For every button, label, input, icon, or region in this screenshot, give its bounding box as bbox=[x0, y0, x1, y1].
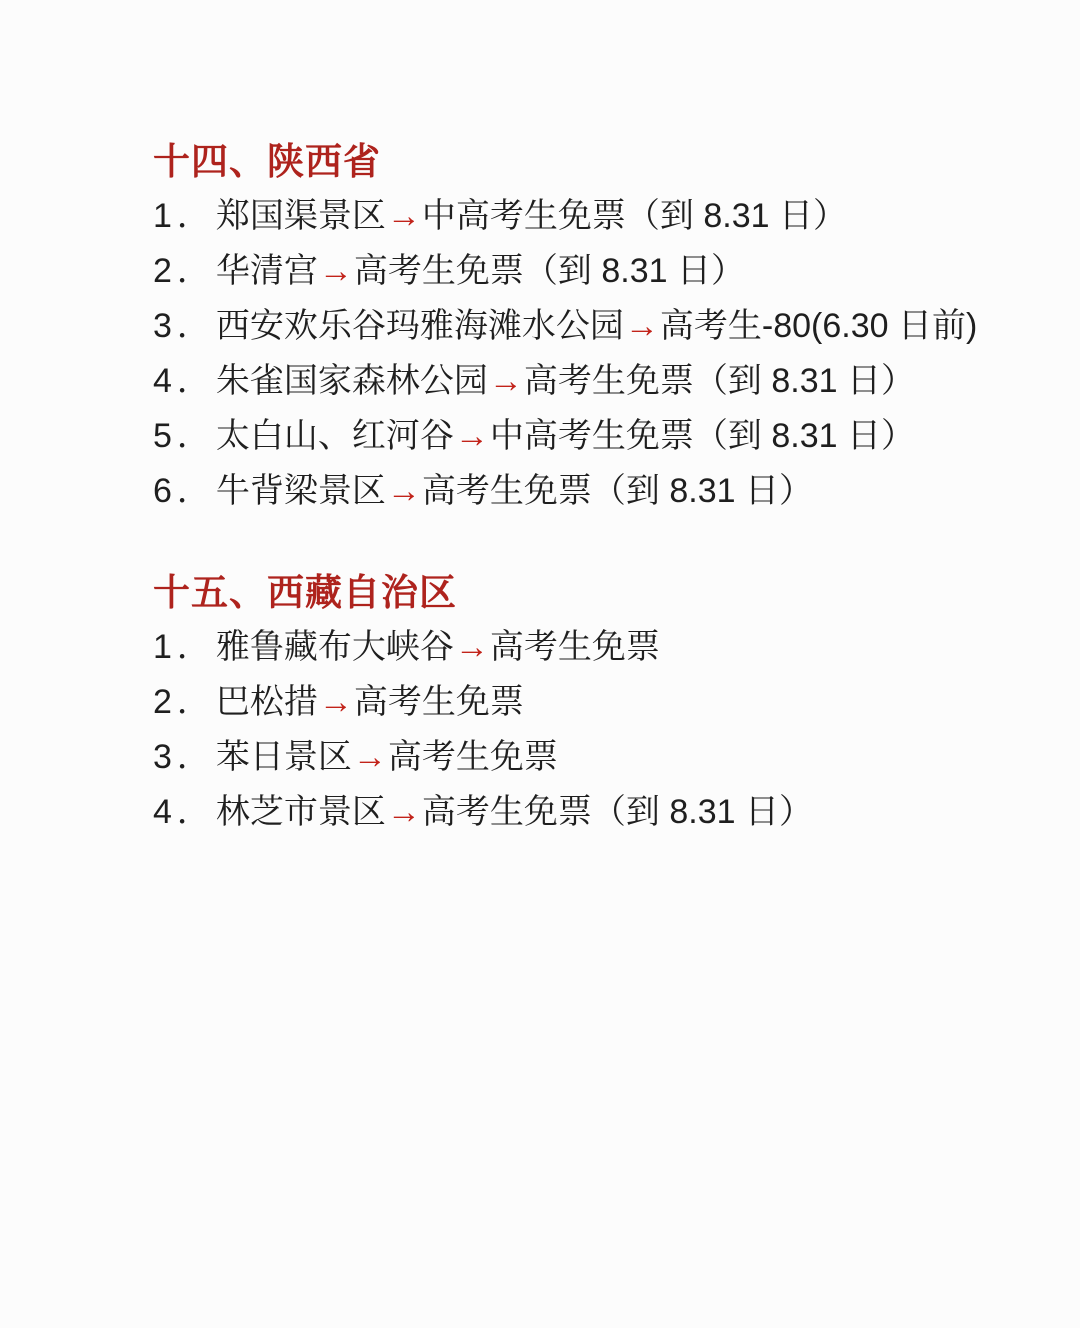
place-name: 西安欢乐谷玛雅海滩水公园 bbox=[216, 307, 624, 345]
benefit-text: 高考生免票（到 8.31 日） bbox=[354, 252, 745, 290]
place-name: 林芝市景区 bbox=[216, 793, 386, 831]
benefit-text: 高考生免票（到 8.31 日） bbox=[422, 472, 813, 510]
item-number: 3． bbox=[153, 307, 216, 345]
benefit-text: 高考生免票 bbox=[354, 683, 524, 721]
arrow-right-icon: → bbox=[386, 472, 422, 510]
arrow-right-icon: → bbox=[318, 683, 354, 721]
list-item: 6．牛背梁景区→高考生免票（到 8.31 日） bbox=[153, 464, 1050, 519]
benefit-text: 高考生-80(6.30 日前) bbox=[660, 307, 977, 345]
list-item: 1．雅鲁藏布大峡谷→高考生免票 bbox=[153, 620, 1050, 675]
benefit-text: 中高考生免票（到 8.31 日） bbox=[422, 197, 847, 235]
item-number: 1． bbox=[153, 628, 216, 666]
arrow-right-icon: → bbox=[386, 793, 422, 831]
place-name: 巴松措 bbox=[216, 683, 318, 721]
list-item: 4．林芝市景区→高考生免票（到 8.31 日） bbox=[153, 785, 1050, 840]
list-item: 2．华清宫→高考生免票（到 8.31 日） bbox=[153, 244, 1050, 299]
item-number: 2． bbox=[153, 252, 216, 290]
item-number: 4． bbox=[153, 362, 216, 400]
place-name: 牛背梁景区 bbox=[216, 472, 386, 510]
list-item: 1．郑国渠景区→中高考生免票（到 8.31 日） bbox=[153, 189, 1050, 244]
benefit-text: 高考生免票 bbox=[490, 628, 660, 666]
place-name: 华清宫 bbox=[216, 252, 318, 290]
item-number: 4． bbox=[153, 793, 216, 831]
list-item: 4．朱雀国家森林公园→高考生免票（到 8.31 日） bbox=[153, 354, 1050, 409]
arrow-right-icon: → bbox=[352, 738, 388, 776]
section-heading: 十四、陕西省 bbox=[153, 134, 1050, 189]
discount-list-document: 十四、陕西省 1．郑国渠景区→中高考生免票（到 8.31 日） 2．华清宫→高考… bbox=[0, 0, 1080, 840]
benefit-text: 高考生免票 bbox=[388, 738, 558, 776]
arrow-right-icon: → bbox=[624, 307, 660, 345]
place-name: 太白山、红河谷 bbox=[216, 417, 454, 455]
arrow-right-icon: → bbox=[386, 197, 422, 235]
place-name: 苯日景区 bbox=[216, 738, 352, 776]
arrow-right-icon: → bbox=[454, 628, 490, 666]
benefit-text: 高考生免票（到 8.31 日） bbox=[422, 793, 813, 831]
item-number: 6． bbox=[153, 472, 216, 510]
arrow-right-icon: → bbox=[454, 417, 490, 455]
list-item: 2．巴松措→高考生免票 bbox=[153, 675, 1050, 730]
item-number: 3． bbox=[153, 738, 216, 776]
item-number: 1． bbox=[153, 197, 216, 235]
arrow-right-icon: → bbox=[488, 362, 524, 400]
benefit-text: 高考生免票（到 8.31 日） bbox=[524, 362, 915, 400]
place-name: 朱雀国家森林公园 bbox=[216, 362, 488, 400]
arrow-right-icon: → bbox=[318, 252, 354, 290]
list-item: 5．太白山、红河谷→中高考生免票（到 8.31 日） bbox=[153, 409, 1050, 464]
section-shaanxi: 十四、陕西省 1．郑国渠景区→中高考生免票（到 8.31 日） 2．华清宫→高考… bbox=[153, 134, 1050, 519]
item-number: 5． bbox=[153, 417, 216, 455]
benefit-text: 中高考生免票（到 8.31 日） bbox=[490, 417, 915, 455]
item-number: 2． bbox=[153, 683, 216, 721]
place-name: 郑国渠景区 bbox=[216, 197, 386, 235]
list-item: 3．西安欢乐谷玛雅海滩水公园→高考生-80(6.30 日前) bbox=[153, 299, 1050, 354]
section-heading: 十五、西藏自治区 bbox=[153, 565, 1050, 620]
section-tibet: 十五、西藏自治区 1．雅鲁藏布大峡谷→高考生免票 2．巴松措→高考生免票 3．苯… bbox=[153, 565, 1050, 840]
list-item: 3．苯日景区→高考生免票 bbox=[153, 730, 1050, 785]
place-name: 雅鲁藏布大峡谷 bbox=[216, 628, 454, 666]
